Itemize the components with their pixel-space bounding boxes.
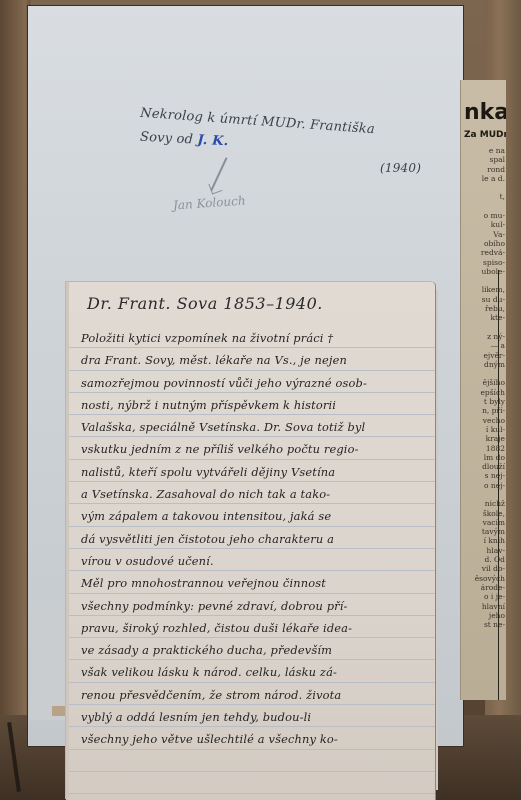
clip-line: dným — [465, 360, 505, 369]
cover-note-prefix: Sovy od — [140, 130, 198, 148]
handwritten-lines: Položiti kytici vzpomínek na životní prá… — [69, 326, 435, 794]
clip-line: s nej- — [465, 471, 505, 480]
clip-line: kraje — [465, 434, 505, 443]
clipping-column: e na spal rond le a d. t, o mu- kul- Va-… — [465, 146, 505, 629]
clip-line: vacím — [465, 518, 505, 527]
clip-line: kul- — [465, 220, 505, 229]
handwritten-line: renou přesvědčením, že strom národ. živo… — [69, 683, 435, 705]
handwritten-line: však velikou lásku k národ. celku, lásku… — [69, 660, 435, 682]
handwritten-line: vírou v osudové učení. — [69, 549, 435, 571]
handwritten-line: vyblý a oddá lesním jen tehdy, budou-li — [69, 705, 435, 727]
clip-line: í kul- — [465, 425, 505, 434]
clip-line: e na — [465, 146, 505, 155]
clip-line — [465, 369, 505, 378]
clip-line: škole, — [465, 509, 505, 518]
clip-line — [465, 323, 505, 332]
clipping-column-rule — [498, 270, 499, 700]
clip-line: ubole- — [465, 267, 505, 276]
clip-line: vecho — [465, 416, 505, 425]
pencil-arrowhead-icon — [208, 180, 222, 194]
clip-line: redvá- — [465, 248, 505, 257]
clip-line: su du- — [465, 295, 505, 304]
handwritten-line: Valašska, speciálně Vsetínska. Dr. Sova … — [69, 415, 435, 437]
cover-note-year: (1940) — [380, 161, 421, 175]
clip-line: t, — [465, 192, 505, 201]
handwritten-line: Měl pro mnohostrannou veřejnou činnost — [69, 571, 435, 593]
pencil-signature: Jan Kolouch — [173, 193, 246, 212]
handwritten-line: dra Frant. Sovy, měst. lékaře na Vs., je… — [69, 348, 435, 370]
clip-line: lm do — [465, 453, 505, 462]
clip-line: tavým — [465, 527, 505, 536]
clipping-headline: nka — [464, 100, 506, 125]
clip-line: hlav- — [465, 546, 505, 555]
clip-line: o i je- — [465, 592, 505, 601]
clip-line: árode- — [465, 583, 505, 592]
clip-line: spal — [465, 155, 505, 164]
clip-line: kte- — [465, 313, 505, 322]
clip-line: vil do- — [465, 564, 505, 573]
handwritten-line: vskutku jedním z ne příliš velkého počtu… — [69, 437, 435, 459]
clip-line: obího — [465, 239, 505, 248]
handwritten-notebook-page: Dr. Frant. Sova 1853–1940. Položiti kyti… — [66, 282, 435, 800]
clip-line: le a d. — [465, 174, 505, 183]
clip-line: 1882 — [465, 444, 505, 453]
clip-line: n, pří- — [465, 406, 505, 415]
clip-line — [465, 183, 505, 192]
clip-line — [465, 202, 505, 211]
handwritten-line: všechny jeho větve ušlechtilé a všechny … — [69, 727, 435, 749]
clip-line: likem, — [465, 285, 505, 294]
clip-line: ějšího — [465, 378, 505, 387]
handwritten-line: a Vsetínska. Zasahoval do nich tak a tak… — [69, 482, 435, 504]
clip-line: řebu, — [465, 304, 505, 313]
newspaper-clipping: nka Za MUDr. e na spal rond le a d. t, o… — [460, 80, 506, 700]
handwritten-line: všechny podmínky: pevné zdraví, dobrou p… — [69, 594, 435, 616]
clip-line: Va- — [465, 230, 505, 239]
clip-line — [465, 490, 505, 499]
clipping-subheadline: Za MUDr. — [464, 130, 506, 140]
handwritten-line: ve zásady a praktického ducha, především — [69, 638, 435, 660]
clip-line: í knih — [465, 536, 505, 545]
clip-line: hlavní — [465, 602, 505, 611]
clip-line: t byly — [465, 397, 505, 406]
clip-line: ěsových — [465, 574, 505, 583]
clip-line: nichž — [465, 499, 505, 508]
handwritten-line: nalistů, kteří spolu vytvářeli dějiny Vs… — [69, 460, 435, 482]
clip-line: rond — [465, 165, 505, 174]
clip-line: ejvěr- — [465, 351, 505, 360]
clip-line: dlouží — [465, 462, 505, 471]
cover-note-initials: J. K. — [197, 133, 229, 150]
handwritten-line: vým zápalem a takovou intensitou, jaká s… — [69, 504, 435, 526]
handwritten-line: nosti, nýbrž i nutným příspěvkem k histo… — [69, 393, 435, 415]
clip-line: jeho — [465, 611, 505, 620]
handwritten-line: Položiti kytici vzpomínek na životní prá… — [69, 326, 435, 348]
page-title: Dr. Frant. Sova 1853–1940. — [87, 294, 323, 313]
handwritten-line: samozřejmou povinností vůči jeho výrazné… — [69, 371, 435, 393]
cover-note-line-2: Sovy od J. K. — [140, 130, 229, 150]
clip-line: — a — [465, 341, 505, 350]
clip-line: epších — [465, 388, 505, 397]
clip-line: o nej- — [465, 481, 505, 490]
clip-line: st ne- — [465, 620, 505, 629]
clip-line: o mu- — [465, 211, 505, 220]
handwritten-line: dá vysvětliti jen čistotou jeho charakte… — [69, 527, 435, 549]
clip-line: z ný- — [465, 332, 505, 341]
clip-line: d. Od — [465, 555, 505, 564]
handwritten-line — [69, 772, 435, 794]
handwritten-line: pravu, široký rozhled, čistou duši lékař… — [69, 616, 435, 638]
clip-line: spiso- — [465, 258, 505, 267]
handwritten-line — [69, 750, 435, 772]
clip-line — [465, 276, 505, 285]
